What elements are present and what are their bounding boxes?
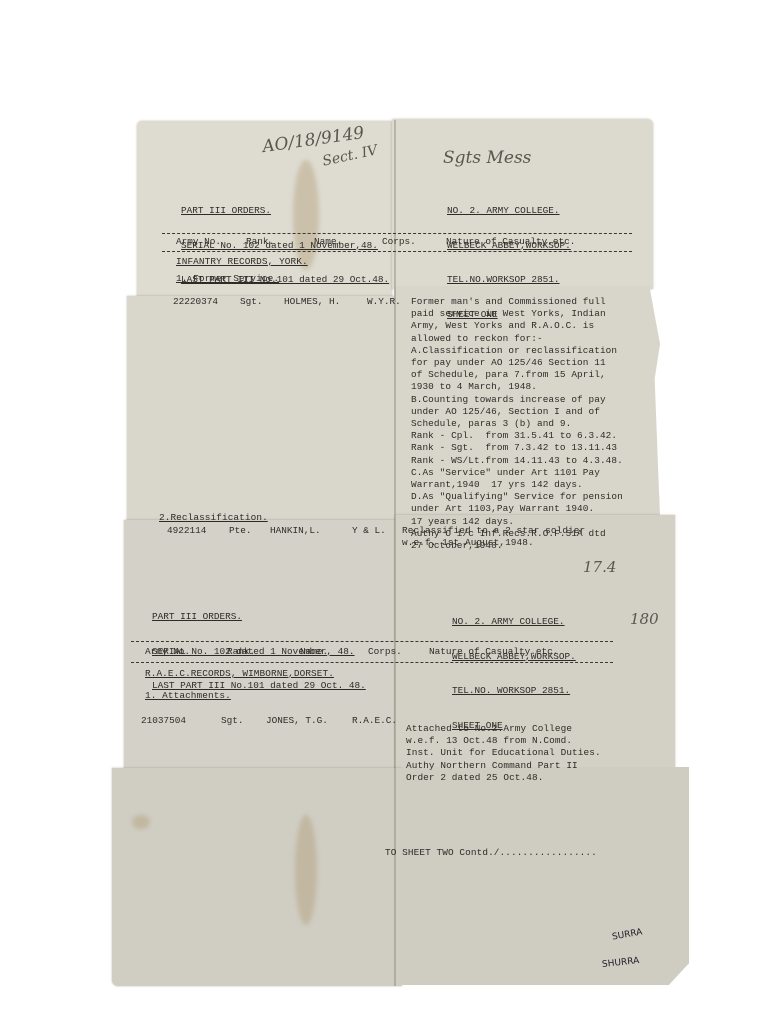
entry-rank: Sgt.: [240, 296, 263, 307]
detail-line: w.e.f. 1st August,1948.: [402, 537, 585, 549]
orders-title: PART III ORDERS.: [152, 611, 366, 623]
entry-army-no: 22220374: [173, 296, 218, 307]
college-telephone: TEL.NO.WORKSOP 2851.: [447, 274, 571, 286]
column-header-army-no: Army No.: [176, 236, 221, 247]
detail-line: Former man's and Commissioned full: [411, 296, 623, 308]
section-heading: 2.Reclassification.: [159, 512, 268, 524]
detail-line: under AO 125/46, Section I and of: [411, 406, 623, 418]
column-header-corps: Corps.: [368, 646, 402, 657]
column-header-rank: Rank.: [246, 236, 274, 247]
document-panel: [401, 767, 689, 985]
detail-line: B.Counting towards increase of pay: [411, 394, 623, 406]
college-name: NO. 2. ARMY COLLEGE.: [447, 205, 571, 217]
records-office: INFANTRY RECORDS, YORK.: [176, 256, 308, 268]
detail-line: Rank - Cpl. from 31.5.41 to 6.3.42.: [411, 430, 623, 442]
divider: [131, 641, 613, 642]
detail-line: for pay under AO 125/46 Section 11: [411, 357, 623, 369]
stain: [132, 815, 150, 829]
entry-details: Former man's and Commissioned fullpaid s…: [411, 296, 623, 552]
detail-line: 1930 to 4 March, 1948.: [411, 381, 623, 393]
detail-line: Schedule, paras 3 (b) and 9.: [411, 418, 623, 430]
orders-title: PART III ORDERS.: [181, 205, 389, 217]
divider: [162, 233, 632, 234]
detail-line: Attached to No.2.Army College: [406, 723, 601, 735]
entry-corps: W.Y.R.: [367, 296, 401, 307]
college-telephone: TEL.NO. WORKSOP 2851.: [452, 685, 576, 697]
detail-line: of Schedule, para 7.from 15 April,: [411, 369, 623, 381]
continuation-note: TO SHEET TWO Contd./.................: [385, 847, 597, 859]
entry-rank: Pte.: [229, 525, 252, 536]
entry-details: Reclassified to a 2 star soldierw.e.f. 1…: [402, 525, 585, 549]
column-header-name: Name.: [300, 646, 328, 657]
column-header-corps: Corps.: [382, 236, 416, 247]
detail-line: Inst. Unit for Educational Duties.: [406, 747, 601, 759]
column-header-name: Name.: [314, 236, 342, 247]
column-header-nature: Nature of Casualty.etc.: [429, 646, 558, 657]
handwritten-note: Sgts Mess: [443, 148, 531, 168]
entry-name: HOLMES, H.: [284, 296, 340, 307]
entry-corps: Y & L.: [352, 525, 386, 536]
column-header-rank: Rank.: [227, 646, 255, 657]
column-header-army-no: Army No.: [145, 646, 190, 657]
entry-name: HANKIN,L.: [270, 525, 321, 536]
divider: [131, 662, 613, 663]
detail-line: allowed to reckon for:-: [411, 333, 623, 345]
entry-name: JONES, T.G.: [266, 715, 328, 726]
section-heading: 1. Former Service.: [176, 273, 279, 285]
document-panel: [127, 296, 395, 524]
entry-rank: Sgt.: [221, 715, 244, 726]
detail-line: paid service in West Yorks, Indian: [411, 308, 623, 320]
college-header: NO. 2. ARMY COLLEGE. WELBECK ABBEY,WORKS…: [452, 593, 576, 743]
detail-line: A.Classification or reclassification: [411, 345, 623, 357]
detail-line: Rank - WS/Lt.from 14.11.43 to 4.3.48.: [411, 455, 623, 467]
handwritten-margin-note: 17.4: [583, 558, 616, 576]
column-header-nature: Nature of Casualty.etc.: [446, 236, 575, 247]
document-panel: [112, 768, 402, 986]
entry-army-no: 21037504: [141, 715, 186, 726]
detail-line: under Art 1103,Pay Warrant 1940.: [411, 503, 623, 515]
detail-line: C.As "Service" under Art 1101 Pay: [411, 467, 623, 479]
detail-line: Army, West Yorks and R.A.O.C. is: [411, 320, 623, 332]
handwritten-margin-note: 180: [630, 610, 659, 628]
section-heading: 1. Attachments.: [145, 690, 231, 702]
detail-line: Reclassified to a 2 star soldier: [402, 525, 585, 537]
stain: [295, 815, 317, 925]
detail-line: Order 2 dated 25 Oct.48.: [406, 772, 601, 784]
records-office: R.A.E.C.RECORDS, WIMBORNE,DORSET.: [145, 668, 334, 680]
detail-line: Warrant,1940 17 yrs 142 days.: [411, 479, 623, 491]
divider: [162, 251, 632, 252]
detail-line: D.As "Qualifying" Service for pension: [411, 491, 623, 503]
detail-line: Rank - Sgt. from 7.3.42 to 13.11.43: [411, 442, 623, 454]
entry-army-no: 4922114: [167, 525, 206, 536]
detail-line: Authy Northern Command Part II: [406, 760, 601, 772]
entry-corps: R.A.E.C.: [352, 715, 397, 726]
college-name: NO. 2. ARMY COLLEGE.: [452, 616, 576, 628]
entry-details: Attached to No.2.Army Collegew.e.f. 13 O…: [406, 723, 601, 784]
detail-line: w.e.f. 13 Oct.48 from N.Comd.: [406, 735, 601, 747]
